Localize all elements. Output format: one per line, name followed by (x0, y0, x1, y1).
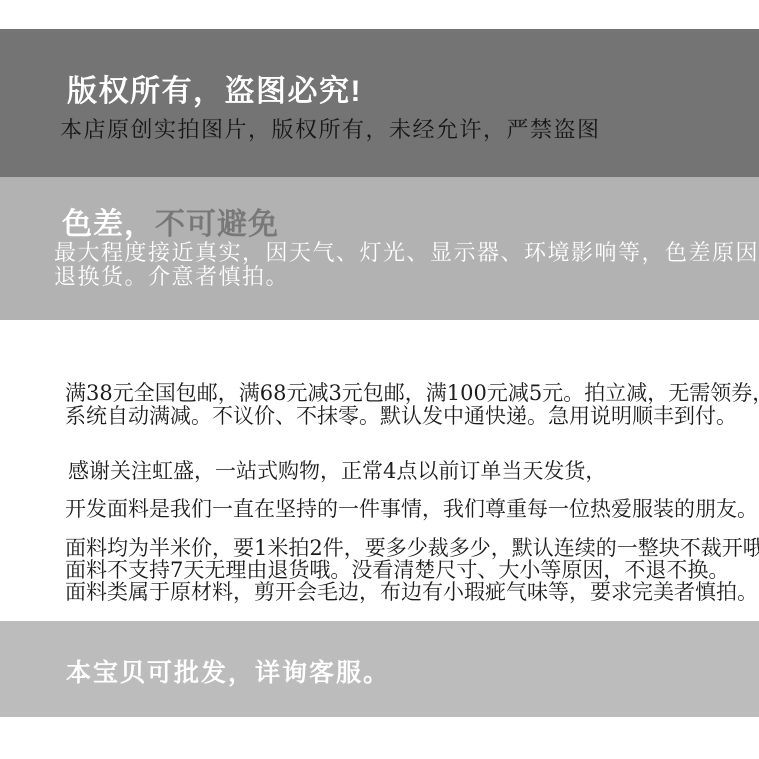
wholesale-banner: 本宝贝可批发，详询客服。 (0, 621, 759, 717)
color-difference-title-secondary: 不可避免 (155, 208, 279, 241)
fabric-intro-note: 开发面料是我们一直在坚持的一件事情，我们尊重每一位热爱服装的朋友。 (65, 498, 758, 521)
fabric-intro-line: 开发面料是我们一直在坚持的一件事情，我们尊重每一位热爱服装的朋友。 (65, 498, 758, 521)
shipping-promo-line-1: 满38元全国包邮，满68元减3元包邮，满100元减5元。拍立减，无需领券， (65, 382, 759, 405)
copyright-subtitle: 本店原创实拍图片，版权所有，未经允许，严禁盗图 (60, 113, 601, 144)
fabric-policy-line-1: 面料均为半米价，要1米拍2件，要多少裁多少，默认连续的一整块不裁开哦。 (65, 537, 759, 559)
color-difference-title: 色差，不可避免 (62, 199, 279, 243)
thanks-note: 感谢关注虹盛，一站式购物，正常4点以前订单当天发货， (68, 460, 606, 483)
color-note-line-1: 最大程度接近真实，因天气、灯光、显示器、环境影响等，色差原因不 (54, 242, 759, 266)
thanks-note-line: 感谢关注虹盛，一站式购物，正常4点以前订单当天发货， (68, 460, 606, 483)
color-difference-note: 最大程度接近真实，因天气、灯光、显示器、环境影响等，色差原因不 退换货。介意者慎… (54, 242, 759, 290)
shipping-promo-line-2: 系统自动满减。不议价、不抹零。默认发中通快递。急用说明顺丰到付。 (65, 405, 759, 428)
shipping-promo-note: 满38元全国包邮，满68元减3元包邮，满100元减5元。拍立减，无需领券， 系统… (65, 382, 759, 428)
copyright-banner: 版权所有，盗图必究! 本店原创实拍图片，版权所有，未经允许，严禁盗图 (0, 29, 759, 177)
fabric-policy-note: 面料均为半米价，要1米拍2件，要多少裁多少，默认连续的一整块不裁开哦。 面料不支… (65, 537, 759, 603)
color-difference-title-primary: 色差， (62, 208, 155, 241)
product-notice-page: 版权所有，盗图必究! 本店原创实拍图片，版权所有，未经允许，严禁盗图 色差，不可… (0, 0, 759, 759)
copyright-title: 版权所有，盗图必究! (67, 66, 362, 110)
wholesale-text: 本宝贝可批发，详询客服。 (66, 653, 390, 689)
color-note-line-2: 退换货。介意者慎拍。 (54, 266, 759, 290)
color-difference-banner: 色差，不可避免 最大程度接近真实，因天气、灯光、显示器、环境影响等，色差原因不 … (0, 177, 759, 320)
fabric-policy-line-2: 面料不支持7天无理由退货哦。没看清楚尺寸、大小等原因，不退不换。 (65, 559, 759, 581)
fabric-policy-line-3: 面料类属于原材料，剪开会毛边，布边有小瑕疵气味等，要求完美者慎拍。 (65, 581, 759, 603)
